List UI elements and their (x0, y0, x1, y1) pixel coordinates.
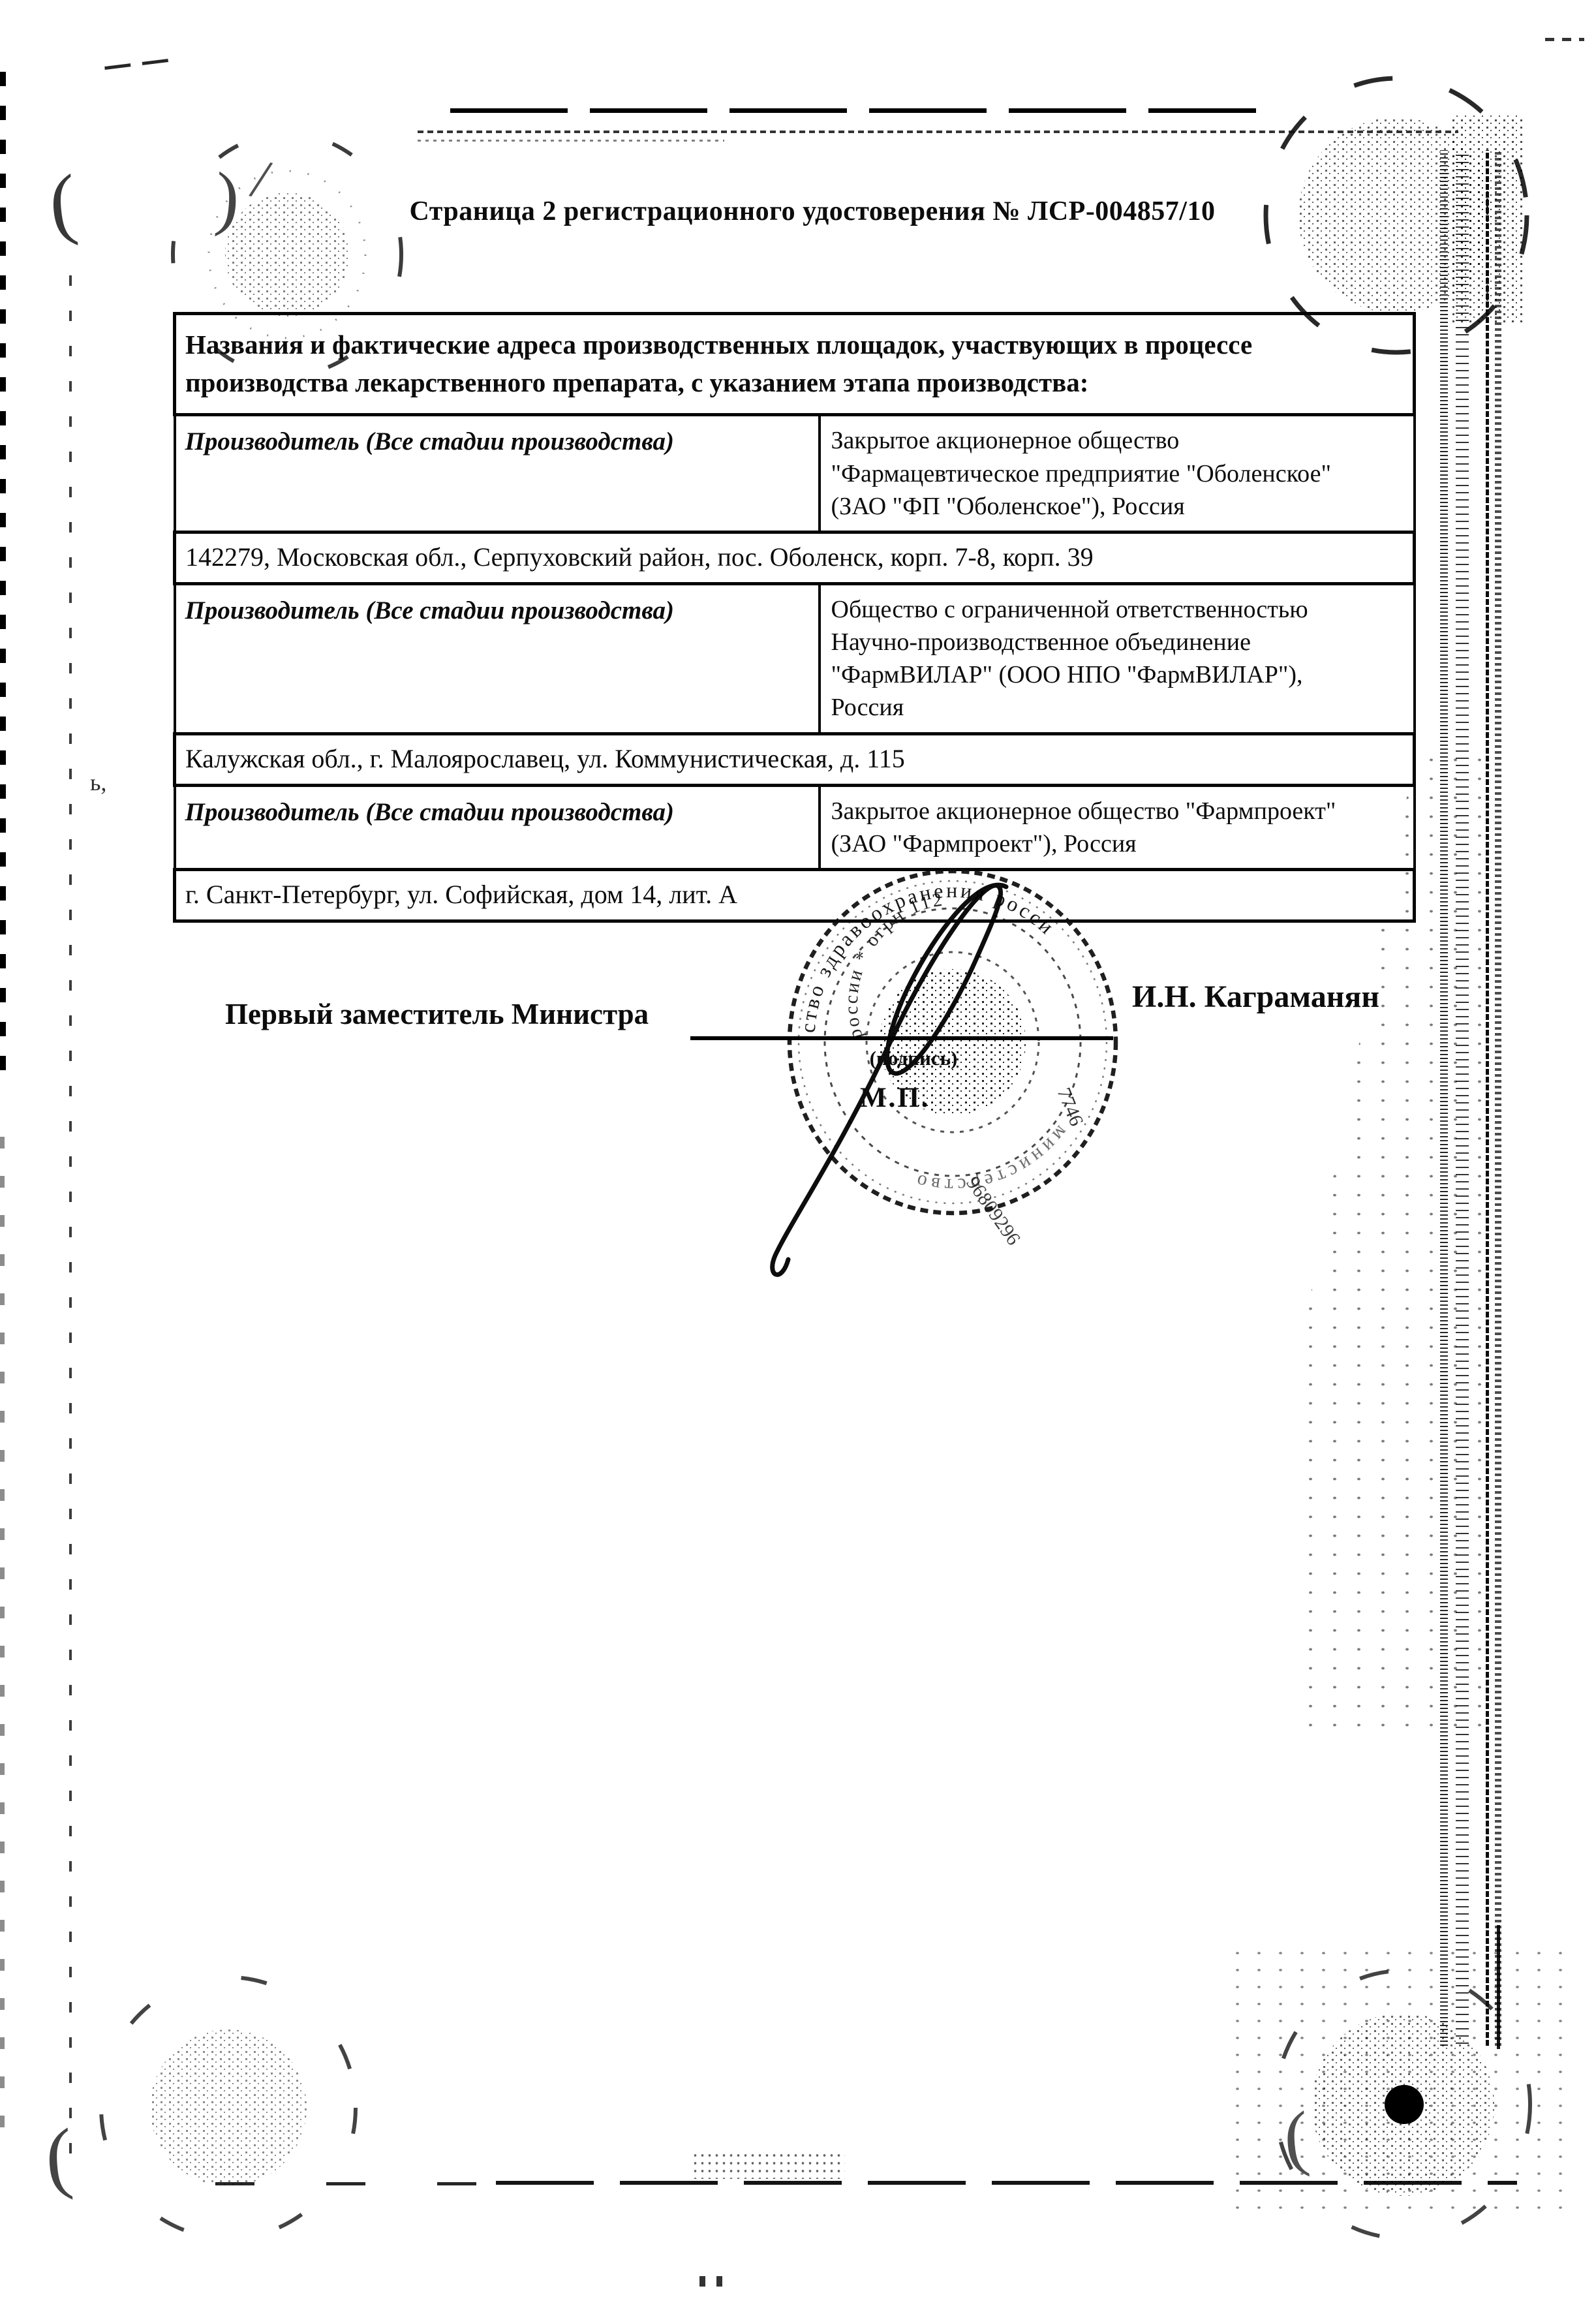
signer-position-title: Первый заместитель Министра (225, 997, 649, 1031)
table-row: Производитель (Все стадии производства) … (175, 415, 1415, 532)
producer-company-1: Закрытое акционерное общество "Фармацевт… (820, 415, 1415, 532)
table-row: 142279, Московская обл., Серпуховский ра… (175, 532, 1415, 583)
bottom-center-tick-marks (699, 2276, 729, 2287)
page-header-line: Страница 2 регистрационного удостоверени… (274, 196, 1351, 227)
ghost-stamp-bottom-right (1263, 1964, 1550, 2251)
left-edge-scan-strip-lower (0, 1109, 5, 2127)
stamp-outer-bottom-text: министерство (911, 1122, 1073, 1196)
table-row: Калужская обл., г. Малоярославец, ул. Ко… (175, 733, 1415, 785)
table-title: Названия и фактические адреса производст… (175, 314, 1415, 415)
margin-stray-mark: ь, (90, 769, 106, 796)
producer-address-2: Калужская обл., г. Малоярославец, ул. Ко… (175, 733, 1415, 785)
top-left-dash-mark (104, 57, 179, 70)
stray-paren-top-left-open: ( (45, 157, 81, 250)
signature-caption: (подпись) (842, 1047, 985, 1070)
seal-place-caption: М.П. (860, 1082, 930, 1114)
top-fold-line-tertiary (418, 140, 724, 142)
ministry-round-stamp: ство здравоохранения росси министерство … (718, 856, 1174, 1313)
table-title-row: Названия и фактические адреса производст… (175, 314, 1415, 415)
stamp-ogrn-digits-right: 7746 (1053, 1085, 1088, 1129)
producer-role-1: Производитель (Все стадии производства) (175, 415, 820, 532)
ink-dot (1385, 2085, 1424, 2124)
table-row: Производитель (Все стадии производства) … (175, 583, 1415, 733)
producer-company-2: Общество с ограниченной ответственностью… (820, 583, 1415, 733)
ghost-stamp-bottom-left (91, 1971, 372, 2251)
svg-text:министерство: министерство (911, 1122, 1073, 1196)
left-margin-dotted-line (69, 268, 72, 2153)
top-fold-line (450, 108, 1256, 113)
producer-address-1: 142279, Московская обл., Серпуховский ра… (175, 532, 1415, 583)
signer-name: И.Н. Каграманян (1132, 979, 1379, 1015)
signature-line (690, 1036, 1113, 1040)
top-right-corner-marks (1545, 38, 1584, 41)
scanned-document-page: ( ) / ( ( ь, Страница 2 регистрационного… (0, 0, 1596, 2297)
manufacturers-table: Названия и фактические адреса производст… (173, 312, 1416, 923)
producer-role-2: Производитель (Все стадии производства) (175, 583, 820, 733)
bottom-dotted-noise-block (692, 2151, 845, 2179)
left-edge-scan-strip (0, 52, 6, 1070)
